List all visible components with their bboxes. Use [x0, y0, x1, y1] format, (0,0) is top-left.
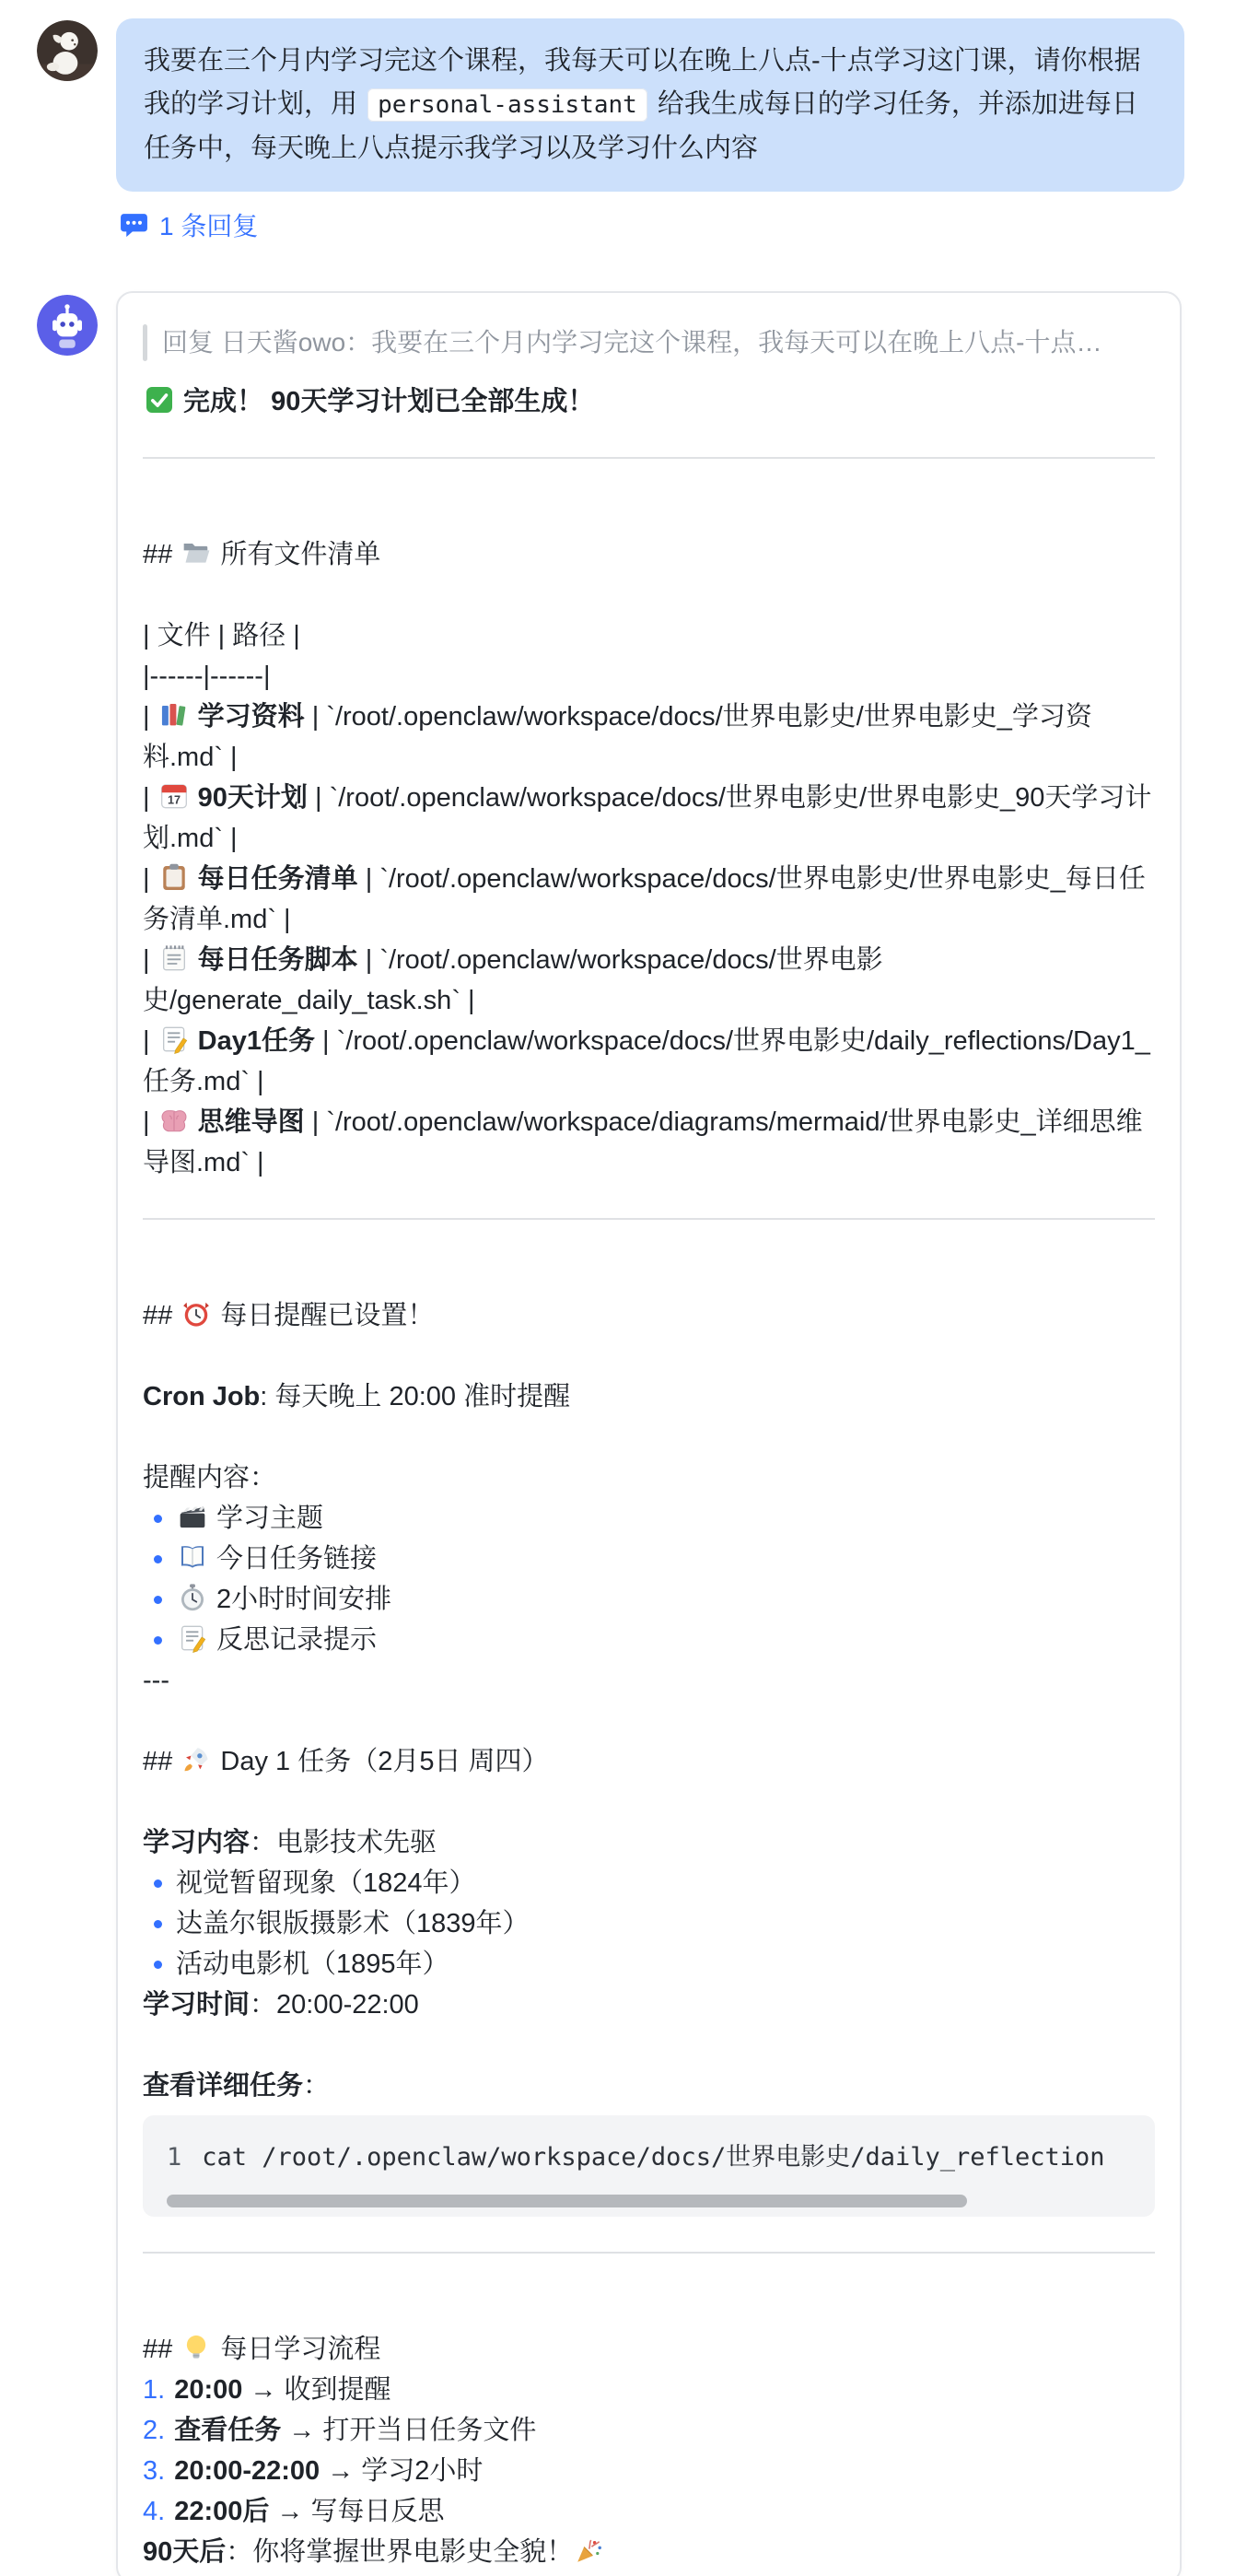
bot-message-body: 完成！ 90天学习计划已全部生成！## 所有文件清单| 文件 | 路径 ||--… — [143, 381, 1155, 2572]
text-segment: | — [143, 702, 157, 732]
bullet-item: 达盖尔银版摄影术（1839年） — [143, 1903, 1155, 1944]
notepad-emoji — [159, 943, 189, 973]
bold-text: 查看详细任务 — [143, 2071, 303, 2101]
bullet-item: 视觉暂留现象（1824年） — [143, 1863, 1155, 1903]
bullet-dot — [154, 1555, 162, 1563]
text-segment: 2小时时间安排 — [209, 1585, 391, 1614]
user-avatar[interactable] — [37, 20, 98, 81]
ordered-item: 3.20:00-22:00 → 学习2小时 — [143, 2451, 1155, 2491]
text-segment: | 文件 | 路径 | — [143, 621, 300, 650]
md-line: 学习时间：20:00-22:00 — [143, 1985, 1155, 2025]
divider — [143, 2252, 1155, 2254]
text-segment: ## — [143, 1747, 180, 1776]
reply-count-link[interactable]: 1 条回复 — [119, 206, 258, 243]
horizontal-scrollbar-thumb[interactable] — [167, 2195, 967, 2207]
bullet-item: 今日任务链接 — [143, 1539, 1155, 1579]
code-block: 1cat /root/.openclaw/workspace/docs/世界电影… — [143, 2115, 1155, 2217]
quote-text: 回复 日天酱owo：我要在三个月内学习完这个课程，我每天可以在晚上八点-十点学习… — [162, 322, 1120, 363]
text-segment: → 学习2小时 — [320, 2456, 483, 2486]
dog-photo-avatar — [37, 20, 98, 81]
text-segment: |------|------| — [143, 662, 271, 691]
bold-text: 学习资料 — [191, 702, 305, 732]
text-segment: → 写每日反思 — [269, 2497, 444, 2526]
code-line-number: 1 — [167, 2139, 181, 2176]
bullet-dot — [154, 1636, 162, 1645]
alarm-clock-emoji — [181, 1299, 211, 1329]
bullet-text: 学习主题 — [176, 1498, 323, 1539]
chat-thread: 我要在三个月内学习完这个课程，我每天可以在晚上八点-十点学习这门课，请你根据我的… — [0, 0, 1247, 2576]
ordered-item-number: 3. — [143, 2456, 165, 2486]
quoted-message[interactable]: 回复 日天酱owo：我要在三个月内学习完这个课程，我每天可以在晚上八点-十点学习… — [143, 322, 1155, 363]
md-line: 完成！ 90天学习计划已全部生成！ — [143, 381, 1155, 422]
bullet-text: 活动电影机（1895年） — [176, 1944, 449, 1985]
text-segment: → 打开当日任务文件 — [281, 2416, 536, 2445]
ordered-item-number: 4. — [143, 2497, 165, 2526]
bold-text: Cron Job — [143, 1382, 260, 1411]
reply-count-label: 1 条回复 — [159, 206, 258, 243]
md-line: | 学习资料 | `/root/.openclaw/workspace/docs… — [143, 697, 1155, 778]
md-line: --- — [143, 1660, 1155, 1701]
md-line: | 思维导图 | `/root/.openclaw/workspace/diag… — [143, 1102, 1155, 1183]
bot-avatar[interactable] — [37, 295, 98, 356]
text-segment: | — [143, 945, 157, 975]
bullet-item: 2小时时间安排 — [143, 1579, 1155, 1620]
memo-emoji — [178, 1623, 207, 1653]
text-segment: ：20:00-22:00 — [250, 1990, 419, 2020]
code-line: 1cat /root/.openclaw/workspace/docs/世界电影… — [167, 2139, 1131, 2176]
bold-text: 思维导图 — [191, 1107, 305, 1137]
code-text: cat /root/.openclaw/workspace/docs/世界电影史… — [202, 2139, 1104, 2176]
ordered-item-number: 2. — [143, 2416, 165, 2445]
text-segment: 今日任务链接 — [209, 1544, 377, 1574]
text-segment: | — [143, 864, 157, 894]
md-line: ## 所有文件清单 — [143, 534, 1155, 575]
user-message-bubble: 我要在三个月内学习完这个课程，我每天可以在晚上八点-十点学习这门课，请你根据我的… — [116, 18, 1184, 192]
bullet-text: 今日任务链接 — [176, 1539, 377, 1579]
md-line: 90天后：你将掌握世界电影史全貌！ — [143, 2532, 1155, 2572]
bot-message: 回复 日天酱owo：我要在三个月内学习完这个课程，我每天可以在晚上八点-十点学习… — [37, 291, 1247, 2576]
text-segment: ## — [143, 1301, 180, 1330]
memo-emoji — [159, 1025, 189, 1054]
md-line: | 每日任务脚本 | `/root/.openclaw/workspace/do… — [143, 940, 1155, 1021]
bot-message-card: 回复 日天酱owo：我要在三个月内学习完这个课程，我每天可以在晚上八点-十点学习… — [116, 291, 1182, 2576]
spacer — [143, 1417, 1155, 1458]
user-message-text: 我要在三个月内学习完这个课程，我每天可以在晚上八点-十点学习这门课，请你根据我的… — [144, 46, 1141, 163]
text-segment: 活动电影机（1895年） — [176, 1950, 449, 1979]
text-segment: | — [143, 783, 157, 813]
bold-text: 查看任务 — [174, 2416, 281, 2445]
inline-code: personal-assistant — [367, 88, 647, 122]
reply-bubble-icon — [119, 210, 149, 240]
bullet-item: 学习主题 — [143, 1498, 1155, 1539]
text-segment: --- — [143, 1666, 169, 1695]
divider — [143, 457, 1155, 459]
spacer — [143, 2025, 1155, 2066]
text-segment: ：你将掌握世界电影史全貌！ — [226, 2537, 573, 2567]
bold-text: 90天后 — [143, 2537, 226, 2567]
text-segment: 反思记录提示 — [209, 1625, 377, 1655]
bold-text: 完成！ 90天学习计划已全部生成！ — [176, 387, 594, 416]
bullet-text: 达盖尔银版摄影术（1839年） — [176, 1903, 530, 1944]
ordered-item: 1.20:00 → 收到提醒 — [143, 2370, 1155, 2410]
text-segment: ： — [303, 2071, 330, 2101]
md-line: | 17 90天计划 | `/root/.openclaw/workspace/… — [143, 778, 1155, 859]
horizontal-scrollbar[interactable] — [167, 2195, 1131, 2207]
ordered-item: 2.查看任务 → 打开当日任务文件 — [143, 2410, 1155, 2451]
text-segment: 所有文件清单 — [213, 540, 380, 569]
divider — [143, 1218, 1155, 1220]
text-segment: 达盖尔银版摄影术（1839年） — [176, 1909, 530, 1938]
bullet-item: 活动电影机（1895年） — [143, 1944, 1155, 1985]
md-line: 学习内容：电影技术先驱 — [143, 1822, 1155, 1863]
brain-emoji — [159, 1106, 189, 1135]
ordered-item-number: 1. — [143, 2375, 165, 2405]
spacer — [143, 1336, 1155, 1376]
md-line: 查看详细任务： — [143, 2066, 1155, 2106]
md-line: | Day1任务 | `/root/.openclaw/workspace/do… — [143, 1021, 1155, 1102]
md-line: 提醒内容： — [143, 1458, 1155, 1498]
rocket-emoji — [181, 1745, 211, 1774]
text-segment: | — [143, 1107, 157, 1137]
bullet-dot — [154, 1961, 162, 1969]
md-line: ## Day 1 任务（2月5日 周四） — [143, 1741, 1155, 1782]
spacer — [143, 1701, 1155, 1741]
spacer — [143, 494, 1155, 534]
clipboard-emoji — [159, 862, 189, 892]
text-segment: : 每天晚上 20:00 准时提醒 — [260, 1382, 570, 1411]
bullet-dot — [154, 1920, 162, 1928]
stopwatch-emoji — [178, 1583, 207, 1612]
bold-text: 20:00-22:00 — [174, 2456, 320, 2486]
user-message: 我要在三个月内学习完这个课程，我每天可以在晚上八点-十点学习这门课，请你根据我的… — [37, 18, 1247, 243]
light-bulb-emoji — [181, 2333, 211, 2362]
md-line: |------|------| — [143, 656, 1155, 697]
clapper-board-emoji — [178, 1502, 207, 1531]
spacer — [143, 1255, 1155, 1295]
bold-text: 20:00 — [174, 2375, 242, 2405]
md-line: Cron Job: 每天晚上 20:00 准时提醒 — [143, 1376, 1155, 1417]
bold-text: 22:00后 — [174, 2497, 269, 2526]
party-popper-emoji — [575, 2535, 604, 2565]
books-emoji — [159, 700, 189, 730]
text-segment: ## — [143, 2335, 180, 2364]
text-segment: 每日学习流程 — [213, 2335, 380, 2364]
text-segment: → 收到提醒 — [242, 2375, 390, 2405]
bold-text: Day1任务 — [191, 1026, 315, 1056]
text-segment: ## — [143, 540, 180, 569]
bold-text: 90天计划 — [191, 783, 308, 813]
bullet-text: 反思记录提示 — [176, 1620, 377, 1660]
bullet-text: 视觉暂留现象（1824年） — [176, 1863, 476, 1903]
check-mark-emoji — [145, 385, 174, 415]
text-segment: Day 1 任务（2月5日 周四） — [213, 1747, 548, 1776]
ordered-item: 4.22:00后 → 写每日反思 — [143, 2491, 1155, 2532]
bold-text: 每日任务脚本 — [191, 945, 358, 975]
bullet-dot — [154, 1596, 162, 1604]
text-segment: 提醒内容： — [143, 1463, 276, 1493]
open-book-emoji — [178, 1542, 207, 1572]
quote-bar — [143, 324, 147, 361]
text-segment: | — [143, 1026, 157, 1056]
bullet-item: 反思记录提示 — [143, 1620, 1155, 1660]
spacer — [143, 2289, 1155, 2329]
md-line: ## 每日提醒已设置！ — [143, 1295, 1155, 1336]
folder-emoji — [181, 538, 211, 568]
bold-text: 学习时间 — [143, 1990, 250, 2020]
md-line: ## 每日学习流程 — [143, 2329, 1155, 2370]
text-segment: 每日提醒已设置！ — [213, 1301, 434, 1330]
calendar-emoji: 17 — [159, 781, 189, 811]
text-segment: 视觉暂留现象（1824年） — [176, 1868, 476, 1898]
md-line: | 每日任务清单 | `/root/.openclaw/workspace/do… — [143, 859, 1155, 940]
bullet-text: 2小时时间安排 — [176, 1579, 391, 1620]
bold-text: 学习内容 — [143, 1828, 250, 1857]
spacer — [143, 575, 1155, 615]
bullet-dot — [154, 1879, 162, 1888]
svg-text:17: 17 — [168, 794, 181, 807]
bold-text: 每日任务清单 — [191, 864, 358, 894]
text-segment: ：电影技术先驱 — [250, 1828, 437, 1857]
text-segment: 学习主题 — [209, 1504, 323, 1533]
spacer — [143, 1782, 1155, 1822]
md-line: | 文件 | 路径 | — [143, 615, 1155, 656]
robot-avatar — [37, 295, 98, 356]
user-message-column: 我要在三个月内学习完这个课程，我每天可以在晚上八点-十点学习这门课，请你根据我的… — [116, 18, 1184, 243]
bullet-dot — [154, 1515, 162, 1523]
